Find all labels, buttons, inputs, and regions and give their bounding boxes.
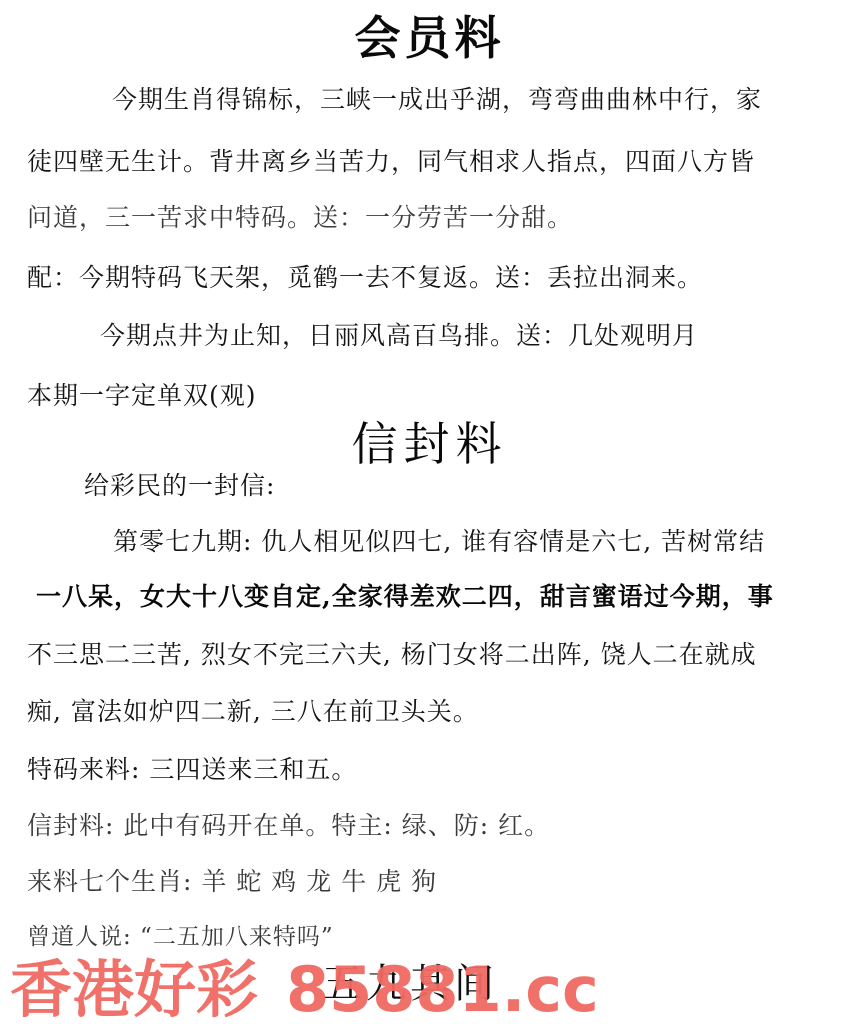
seven-zodiacs-line: 来料七个生肖: 羊 蛇 鸡 龙 牛 虎 狗: [27, 862, 437, 898]
member-line-4: 配：今期特码飞天架，觅鹤一去不复返。送：丢拉出洞来。: [27, 258, 703, 294]
letter-line-3: 不三思二三苦, 烈女不完三六夫, 杨门女将二出阵, 饶人二在就成: [27, 635, 757, 671]
member-line-3: 问道，三一苦求中特码。送：一分劳苦一分甜。: [27, 198, 573, 234]
member-line-2: 徒四壁无生计。背井离乡当苦力，同气相求人指点，四面八方皆: [27, 142, 755, 178]
member-section-title: 会员料: [0, 2, 859, 68]
envelope-note-line: 信封料: 此中有码开在单。特主: 绿、防: 红。: [27, 806, 550, 842]
letter-line-1: 第零七九期: 仇人相见似四七, 谁有容情是六七, 苦树常结: [113, 522, 765, 558]
watermark-domain: 85881.cc: [286, 953, 599, 1024]
letter-line-4: 痴, 富法如炉四二新, 三八在前卫头关。: [27, 692, 479, 728]
member-line-5: 今期点井为止知，日丽风高百鸟排。送：几处观明月: [100, 316, 698, 352]
special-code-line: 特码来料: 三四送来三和五。: [27, 750, 357, 786]
letter-line-2: 一八呆，女大十八变自定,全家得差欢二四，甜言蜜语过今期，事: [36, 577, 774, 613]
watermark-brand: 香港好彩: [10, 953, 258, 1024]
watermark: 香港好彩85881.cc: [10, 940, 599, 1024]
member-line-6: 本期一字定单双(观): [27, 376, 257, 412]
envelope-section-title: 信封料: [0, 408, 859, 474]
member-line-1: 今期生肖得锦标，三峡一成出乎湖，弯弯曲曲林中行，家: [112, 80, 762, 116]
letter-greeting: 给彩民的一封信:: [84, 466, 275, 502]
